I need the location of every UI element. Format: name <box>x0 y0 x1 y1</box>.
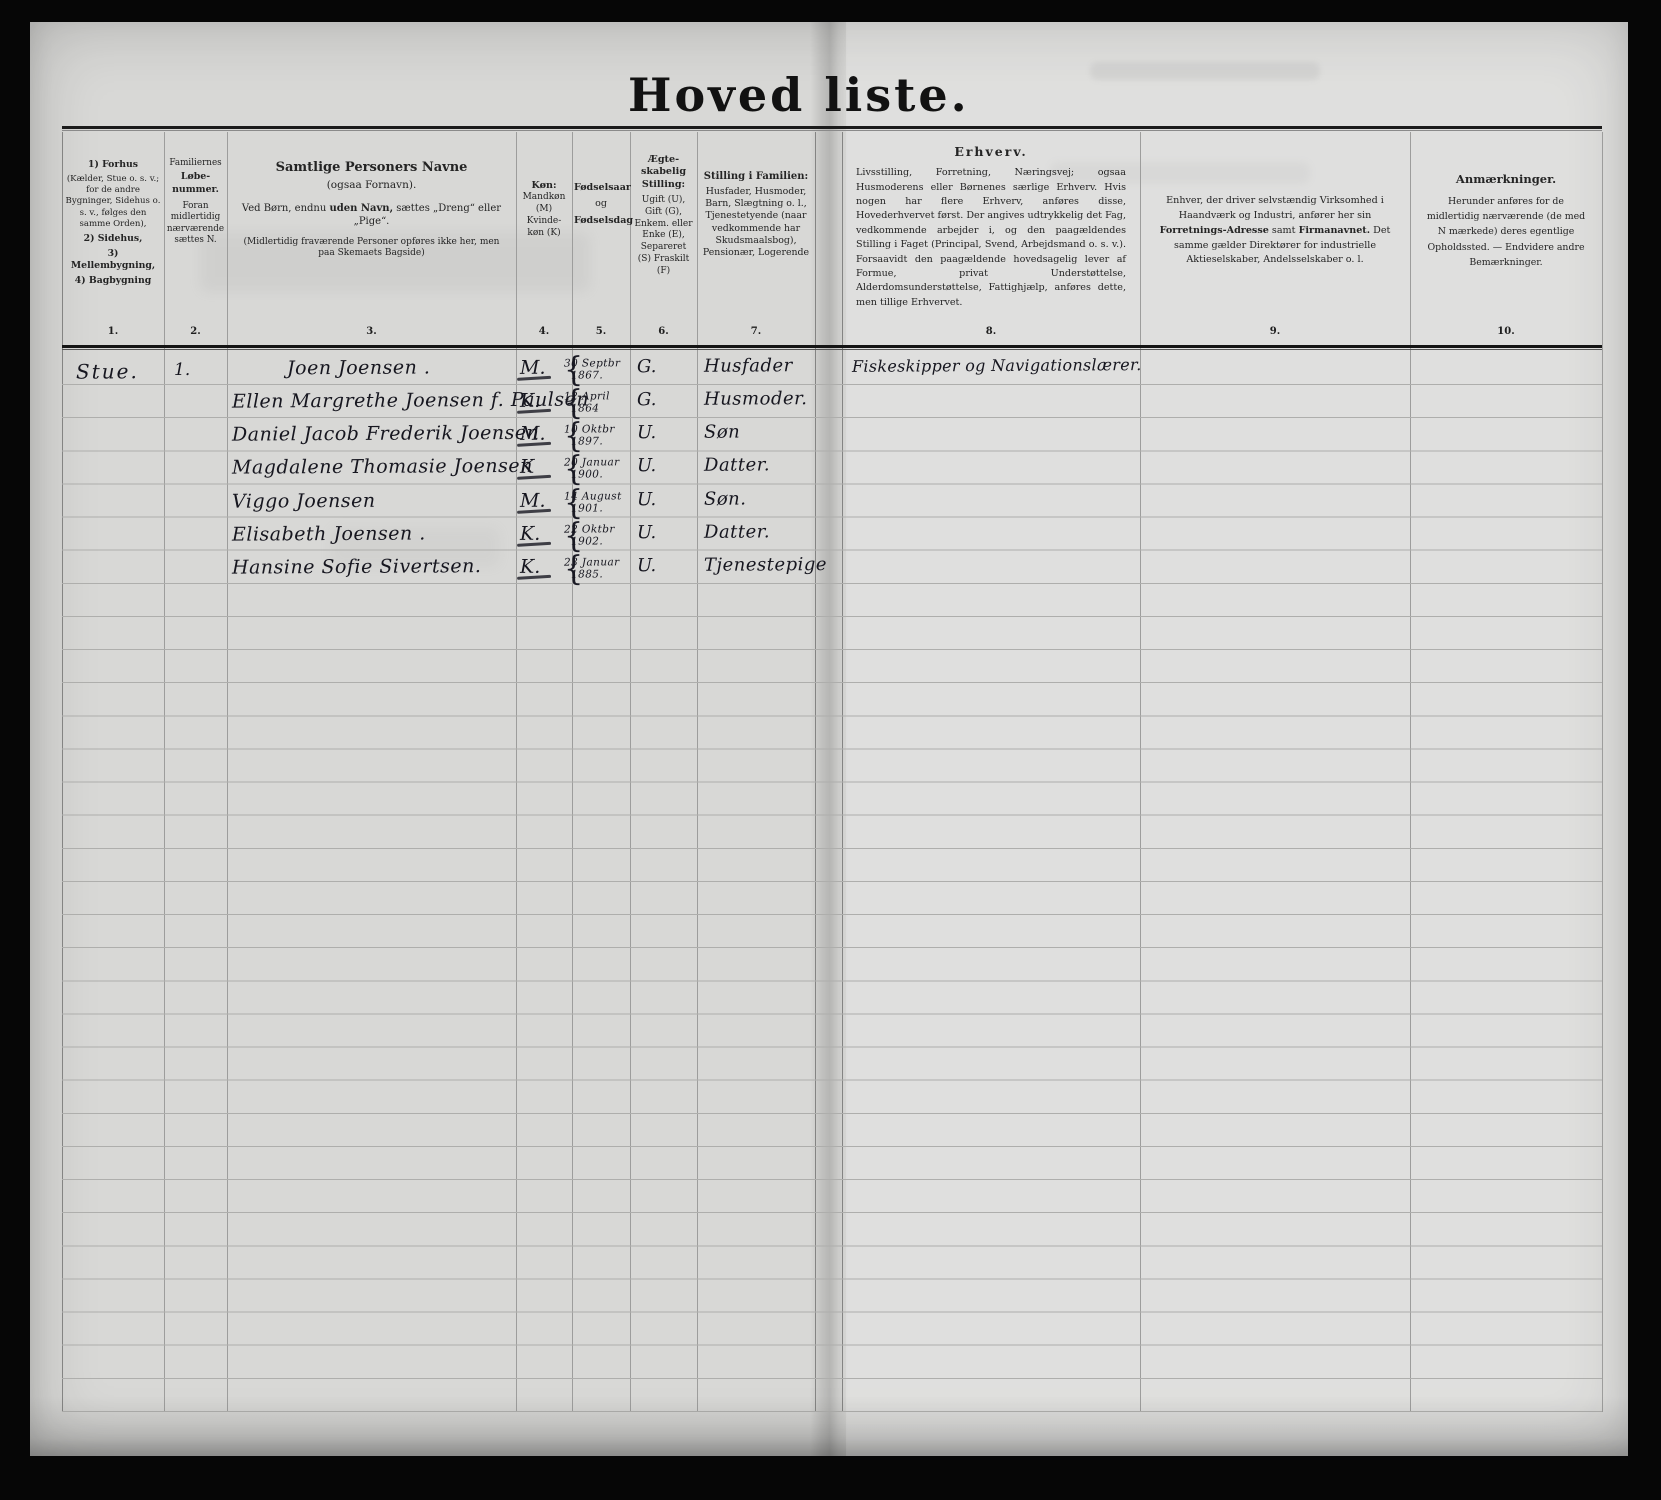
header-fodselsdato: Fødselsaar og Fødselsdag <box>572 132 630 324</box>
column-number: 5. <box>572 326 630 337</box>
cell-lobenummer: 1. <box>174 360 190 380</box>
cell-marital-status: G. <box>637 356 657 377</box>
column-number: 3. <box>227 326 516 337</box>
cell-birthdate: 23 Januar1885. <box>564 552 584 585</box>
birth-year: 1867. <box>571 370 620 382</box>
cell-marital-status: U. <box>637 555 656 576</box>
cell-family-position: Husfader <box>704 355 793 377</box>
column-number: 2. <box>164 326 227 337</box>
column-number: 1. <box>62 326 164 337</box>
column-number: 6. <box>630 326 697 337</box>
page-title: Hoved liste. <box>628 68 970 122</box>
cell-family-position: Husmoder. <box>704 388 808 410</box>
header-lobenummer: Familiernes Løbe-nummer. Foran midlertid… <box>164 132 227 324</box>
cell-birthdate: 22 Oktbr1902. <box>564 519 584 552</box>
column-divider <box>1602 132 1603 1412</box>
header-navne-note: Ved Børn, endnu uden Navn, sættes „Dreng… <box>235 202 508 228</box>
cell-name: Hansine Sofie Sivertsen. <box>232 555 482 579</box>
cell-kon: K. <box>520 522 540 544</box>
header-erhverv: Erhverv. Livsstilling, Forretning, Nærin… <box>842 132 1140 324</box>
cell-kon: M. <box>520 357 546 379</box>
cell-birthdate: 20 Januar1900. <box>564 453 584 486</box>
birth-day-month: 30 Septbr <box>564 358 620 370</box>
cell-marital-status: U. <box>637 422 656 443</box>
birth-year: 1864 <box>571 403 610 415</box>
birth-day-month: 12 April <box>564 391 610 403</box>
birth-year: 1901. <box>571 502 622 514</box>
cell-name: Elisabeth Joensen . <box>232 522 426 545</box>
header-aegteskabelig-stilling: Ægte- skabelig Stilling: Ugift (U), Gift… <box>630 132 697 324</box>
birth-year: 1897. <box>571 436 615 448</box>
birth-year: 1902. <box>571 535 615 547</box>
cell-family-position: Datter. <box>704 521 770 542</box>
header-anmaerkninger: Anmærkninger. Herunder anføres for de mi… <box>1410 132 1602 324</box>
header-navne: Samtlige Personers Navne (ogsaa Fornavn)… <box>227 132 516 324</box>
cell-name: Viggo Joensen <box>232 489 376 512</box>
column-number: 9. <box>1140 326 1410 337</box>
column-number: 10. <box>1410 326 1602 337</box>
cell-kon: K. <box>520 556 540 578</box>
header-forretningsadresse: Enhver, der driver selvstændig Virksomhe… <box>1140 132 1410 324</box>
cell-birthdate: 14 August1901. <box>564 486 584 519</box>
cell-birthdate: 12 April1864 <box>564 387 584 420</box>
paper-sheet: Hoved liste. 1) Forhus (Kælder, Stue o. … <box>30 22 1628 1456</box>
birth-day-month: 22 Oktbr <box>564 524 615 536</box>
column-number: 4. <box>516 326 572 337</box>
cell-kon: K <box>520 456 534 478</box>
cell-family-position: Søn. <box>704 488 747 509</box>
cell-forhus: Stue. <box>76 359 139 383</box>
cell-kon: M. <box>520 489 546 511</box>
cell-name: Joen Joensen . <box>287 356 431 379</box>
cell-marital-status: G. <box>637 389 657 410</box>
birth-day-month: 23 Januar <box>564 557 620 569</box>
cell-name: Magdalene Thomasie Joensen <box>232 455 533 479</box>
cell-marital-status: U. <box>637 522 656 543</box>
birth-year: 1900. <box>571 469 620 481</box>
cell-family-position: Tjenestepige <box>704 554 827 576</box>
cell-kon: M. <box>520 423 546 445</box>
birth-day-month: 14 August <box>564 491 622 503</box>
header-forhus: 1) Forhus (Kælder, Stue o. s. v.; for de… <box>62 132 164 324</box>
scanned-census-page: Hoved liste. 1) Forhus (Kælder, Stue o. … <box>0 0 1661 1500</box>
bleedthrough-artifact <box>1090 62 1320 80</box>
cell-occupation: Fiskeskipper og Navigationslærer. <box>852 355 1142 376</box>
bottom-edge-shadow <box>30 1396 1628 1456</box>
cell-name: Daniel Jacob Frederik Joensen <box>232 422 539 446</box>
cell-marital-status: U. <box>637 455 656 476</box>
column-number: 8. <box>842 326 1140 337</box>
header-kon: Køn: Mandkøn (M) Kvinde- køn (K) <box>516 132 572 324</box>
cell-birthdate: 30 Septbr1867. <box>564 354 584 387</box>
column-number: 7. <box>697 326 815 337</box>
header-stilling-i-familien: Stilling i Familien: Husfader, Husmoder,… <box>697 132 815 324</box>
cell-family-position: Datter. <box>704 455 770 476</box>
birth-year: 1885. <box>571 569 620 581</box>
cell-kon: K. <box>520 390 540 412</box>
cell-marital-status: U. <box>637 489 656 510</box>
cell-family-position: Søn <box>704 422 740 443</box>
cell-birthdate: 10 Oktbr1897. <box>564 420 584 453</box>
